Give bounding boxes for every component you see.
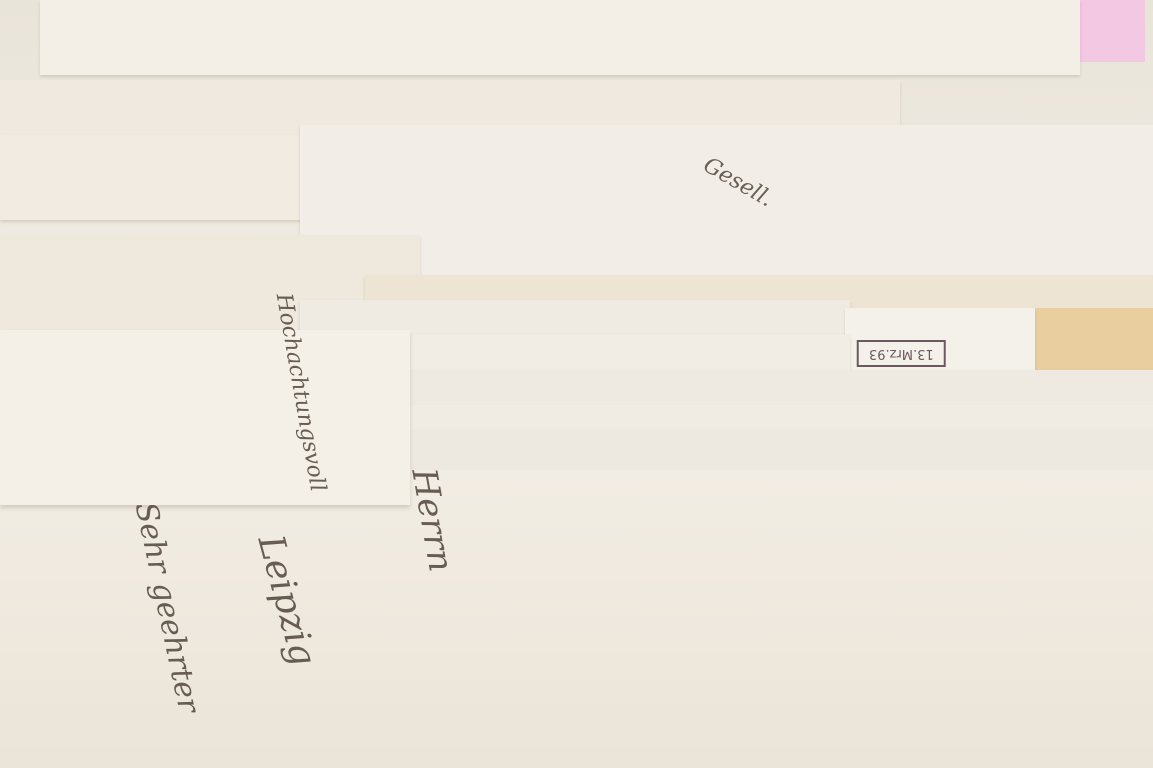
foreground-letter: Herrn Leipzig Sehr geehrter <box>0 470 1153 768</box>
letter-sheet <box>410 430 1153 470</box>
date-stamp: 13.Mrz.93 <box>857 340 946 367</box>
letter-stack-photo: 13.Mrz.93 Herrn Leipzig Sehr geehrter Ho… <box>0 0 1153 768</box>
top-sheet <box>40 0 1080 75</box>
handwriting: Leipzig <box>250 531 324 670</box>
letter-sheet <box>300 125 1153 285</box>
letter-sheet <box>410 335 850 375</box>
folded-letter: Hochachtungsvoll <box>0 330 410 505</box>
handwriting: Sehr geehrter <box>128 499 207 716</box>
pink-sheet <box>1075 0 1145 62</box>
letter-sheet <box>410 370 1153 410</box>
handwriting: Herrn <box>403 465 460 575</box>
